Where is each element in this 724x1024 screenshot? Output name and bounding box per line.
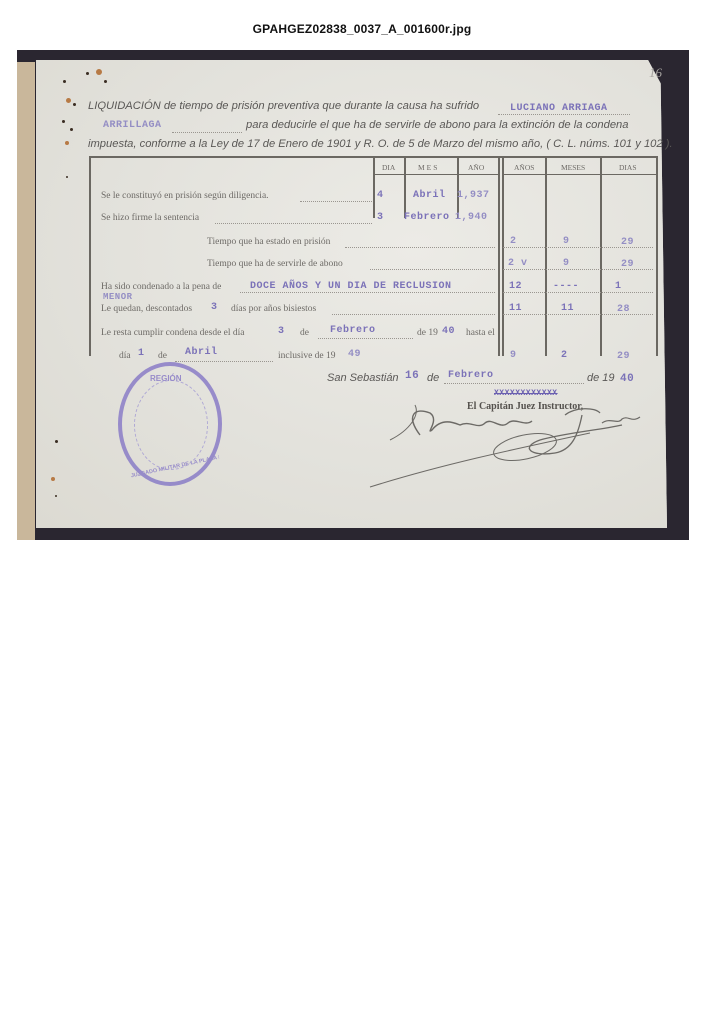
- dotted-line: [503, 314, 653, 315]
- row-prision-ano: 1,937: [457, 190, 490, 201]
- row-resta-anos: 9: [510, 350, 517, 361]
- row-estado-meses: 9: [563, 236, 570, 247]
- row-bisiestos-meses: 11: [561, 303, 574, 314]
- row-resta-from-year: 40: [442, 326, 455, 337]
- stamp-emblem: [134, 380, 208, 470]
- official-stamp: REGIÓN JUZGADO MILITAR DE LA PLAZA DE SA…: [118, 362, 222, 486]
- dotted-line: [172, 132, 242, 133]
- col-header-dias: DIAS: [619, 163, 637, 172]
- stamp-top-text: REGIÓN: [150, 374, 182, 383]
- dotted-line: [345, 247, 495, 248]
- col-header-anos: AÑOS: [514, 163, 534, 172]
- dotted-line: [444, 383, 584, 384]
- prisoner-name-2: ARRILLAGA: [103, 120, 162, 131]
- row-prision-label: Se le constituyó en prisión según dilige…: [101, 191, 269, 201]
- row-resta-de: de: [300, 328, 309, 338]
- row-pena-value-2: MENOR: [103, 292, 133, 302]
- footer-place: San Sebastián: [327, 372, 399, 384]
- row-estado-dias: 29: [621, 237, 634, 248]
- row-prision-mes: Abril: [413, 190, 446, 201]
- header-line3: impuesta, conforme a la Ley de 17 de Ene…: [88, 138, 673, 150]
- row-abono-anos: 2 v: [508, 258, 528, 269]
- row-resta-prefix: Le resta cumplir condena desde el día: [101, 328, 245, 338]
- row-sentencia-ano: 1,940: [455, 212, 488, 223]
- dotted-line: [240, 292, 495, 293]
- row-pena-label: Ha sido condenado a la pena de: [101, 282, 221, 292]
- row-sentencia-dia: 3: [377, 212, 384, 223]
- row-pena-value: DOCE AÑOS Y UN DIA DE RECLUSION: [250, 281, 452, 292]
- row-resta-hasta: hasta el: [466, 328, 495, 338]
- dotted-line: [498, 114, 630, 115]
- row-pena-anos: 12: [509, 281, 522, 292]
- footer-year: 40: [620, 373, 634, 385]
- header-line1: LIQUIDACIÓN de tiempo de prisión prevent…: [88, 100, 479, 112]
- footer-day: 16: [405, 370, 419, 382]
- row-resta-to-month: Abril: [185, 347, 218, 358]
- row-resta-to-year: 49: [348, 349, 361, 360]
- row-sentencia-label: Se hizo firme la sentencia: [101, 213, 199, 223]
- row-bisiestos-anos: 11: [509, 303, 522, 314]
- row-abono-dias: 29: [621, 259, 634, 270]
- paper-edge-strip: [17, 62, 35, 540]
- row-resta-inclusive: inclusive de 19: [278, 351, 336, 361]
- file-title: GPAHGEZ02838_0037_A_001600r.jpg: [0, 22, 724, 36]
- dotted-line: [215, 223, 372, 224]
- signature: [360, 395, 660, 495]
- dotted-line: [503, 292, 653, 293]
- footer-de: de: [427, 372, 439, 384]
- row-bisiestos-dias: 28: [617, 304, 630, 315]
- row-resta-dias: 29: [617, 351, 630, 362]
- row-resta-to-day: 1: [138, 348, 145, 359]
- col-header-ano: AÑO: [468, 163, 484, 172]
- footer-year-prefix: de 19: [587, 372, 615, 384]
- row-resta-dia-label: día: [119, 351, 131, 361]
- dotted-line: [300, 201, 372, 202]
- dotted-line: [370, 269, 495, 270]
- row-pena-dias: 1: [615, 281, 622, 292]
- row-pena-meses: ----: [553, 281, 579, 292]
- prisoner-name-1: LUCIANO ARRIAGA: [510, 103, 608, 114]
- dotted-line: [318, 338, 413, 339]
- header-line2: para deducirle el que ha de servirle de …: [246, 119, 629, 131]
- row-abono-label: Tiempo que ha de servirle de abono: [207, 259, 343, 269]
- row-resta-de2: de: [158, 351, 167, 361]
- row-bisiestos-suffix: días por años bisiestos: [231, 304, 316, 314]
- row-resta-from-day: 3: [278, 326, 285, 337]
- dotted-line: [175, 361, 273, 362]
- row-estado-anos: 2: [510, 236, 517, 247]
- row-bisiestos-prefix: Le quedan, descontados: [101, 304, 192, 314]
- col-header-mes: MES: [418, 163, 439, 172]
- footer-month: Febrero: [448, 370, 494, 381]
- row-resta-from-month: Febrero: [330, 325, 376, 336]
- row-resta-de19: de 19: [417, 328, 438, 338]
- row-abono-meses: 9: [563, 258, 570, 269]
- dotted-line: [332, 314, 495, 315]
- row-sentencia-mes: Febrero: [404, 212, 450, 223]
- col-header-meses: MESES: [561, 163, 585, 172]
- page-number: 16: [649, 65, 662, 81]
- row-prision-dia: 4: [377, 190, 384, 201]
- row-estado-label: Tiempo que ha estado en prisión: [207, 237, 330, 247]
- row-resta-meses: 2: [561, 350, 568, 361]
- col-header-dia: DIA: [382, 163, 395, 172]
- row-bisiestos-days: 3: [211, 302, 218, 313]
